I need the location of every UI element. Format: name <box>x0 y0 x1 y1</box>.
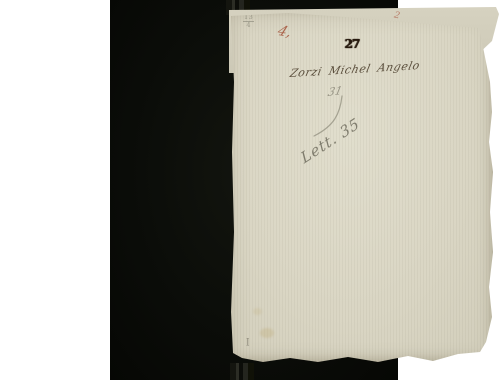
letter-reference: Lett. 35 <box>298 114 362 167</box>
title-inscription: Zorzi Michel Angelo <box>289 59 422 80</box>
pencil-fraction-mark: 13 4 <box>243 14 254 29</box>
red-folio-number: 4, <box>275 23 294 40</box>
stain <box>260 328 274 338</box>
stain <box>253 308 262 315</box>
document-sheet: 13 4 4, 27 Zorzi Michel Angelo 31 Lett. … <box>228 12 496 364</box>
stamp-number: 27 <box>345 37 360 51</box>
corner-numeral: I <box>246 337 250 349</box>
pencil-fraction-denominator: 4 <box>243 22 254 29</box>
photo-background: 13 4 4, 27 Zorzi Michel Angelo 31 Lett. … <box>110 0 398 380</box>
binding-clip-bottom <box>230 363 254 380</box>
pencil-number: 31 <box>327 84 344 99</box>
scan-page: 13 4 4, 27 Zorzi Michel Angelo 31 Lett. … <box>0 0 500 380</box>
